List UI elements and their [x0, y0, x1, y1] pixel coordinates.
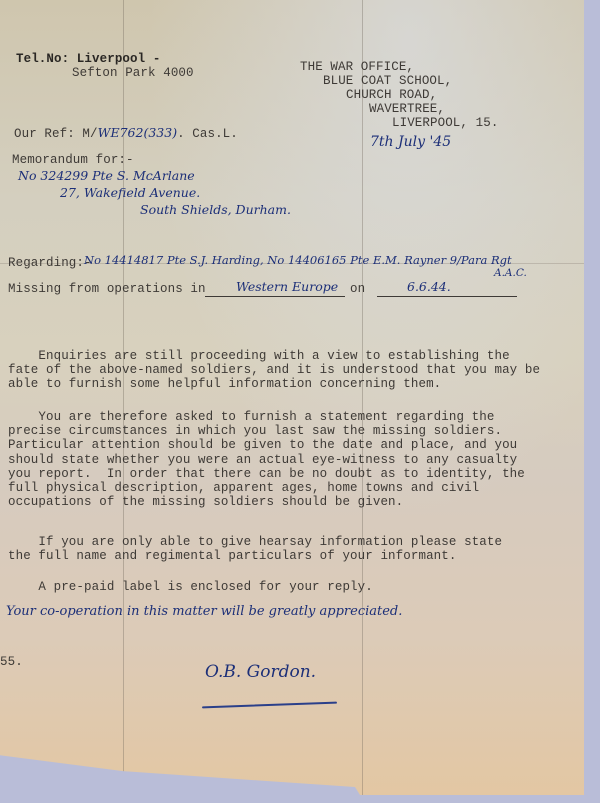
office-line: BLUE COAT SCHOOL, [323, 74, 452, 88]
fold-crease [123, 0, 124, 795]
office-line: WAVERTREE, [369, 102, 445, 116]
reference-suffix: . Cas.L. [177, 127, 238, 141]
reference-label: Our Ref: M/ [14, 127, 98, 141]
paragraph-statement: You are therefore asked to furnish a sta… [8, 410, 525, 509]
missing-date: 6.6.44. [407, 279, 451, 294]
signature: O.B. Gordon. [205, 662, 316, 682]
letter-paper: Tel.No: Liverpool - Sefton Park 4000 THE… [0, 0, 584, 795]
signature-underline [202, 702, 337, 709]
location-rule [205, 296, 345, 297]
paragraph-hearsay: If you are only able to give hearsay inf… [8, 535, 502, 563]
office-line: THE WAR OFFICE, [300, 60, 414, 74]
regarding-soldiers: No 14414817 Pte S.J. Harding, No 1440616… [84, 253, 512, 267]
regarding-label: Regarding:- [8, 256, 92, 270]
recipient-name: No 324299 Pte S. McArlane [18, 168, 195, 183]
reference-number: WE762(333) [98, 125, 177, 140]
office-line: CHURCH ROAD, [346, 88, 437, 102]
on-label: on [350, 282, 365, 296]
recipient-street: 27, Wakefield Avenue. [60, 185, 200, 200]
date-rule [377, 296, 517, 297]
missing-location: Western Europe [236, 279, 338, 294]
closing-note: Your co-operation in this matter will be… [6, 604, 402, 619]
fold-crease [362, 0, 363, 795]
telephone-label: Tel.No: Liverpool - [16, 52, 160, 66]
recipient-town: South Shields, Durham. [140, 202, 291, 217]
missing-label: Missing from operations in [8, 282, 206, 296]
telephone-number: Sefton Park 4000 [72, 66, 194, 80]
paragraph-label-enclosed: A pre-paid label is enclosed for your re… [8, 580, 373, 594]
regarding-unit: A.A.C. [494, 267, 527, 279]
letter-date: 7th July '45 [370, 134, 451, 150]
footer-code: 55. [0, 655, 23, 669]
memorandum-label: Memorandum for:- [12, 153, 134, 167]
office-line: LIVERPOOL, 15. [392, 116, 498, 130]
reference: Our Ref: M/WE762(333). Cas.L. [14, 124, 238, 142]
paragraph-enquiries: Enquiries are still proceeding with a vi… [8, 349, 540, 392]
